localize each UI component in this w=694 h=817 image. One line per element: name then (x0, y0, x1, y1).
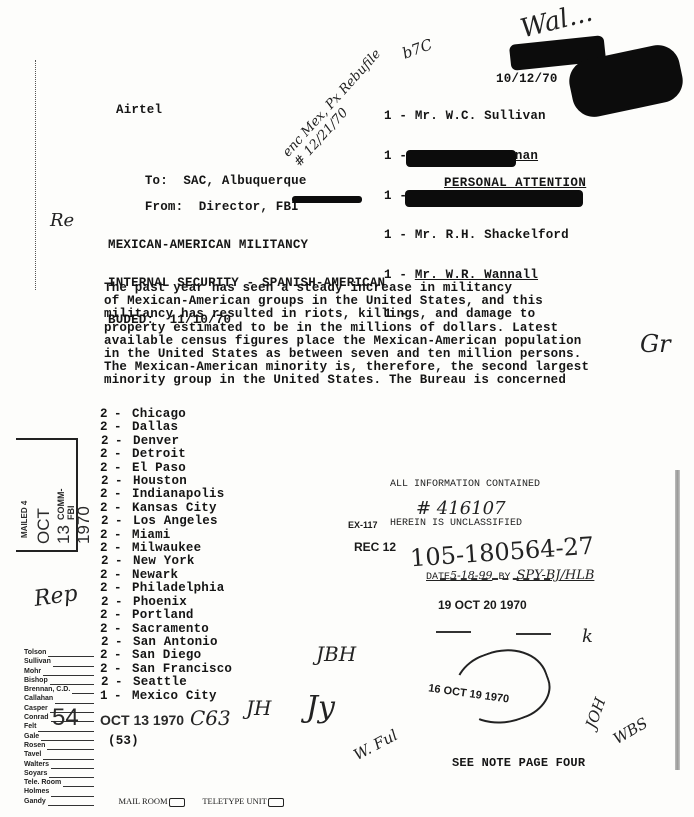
body-line: property estimated to be in the millions… (104, 322, 589, 335)
routing-name: Brennan, C.D. (24, 685, 70, 694)
mailed-stamp: MAILED 4 OCT 13 1970 COMM-FBI (16, 438, 78, 552)
city-count: 2 (100, 408, 114, 421)
routing-name: Felt (24, 722, 36, 731)
city-count: 2 (100, 421, 114, 434)
city-list-item: 2-Milwaukee (100, 542, 232, 555)
teletype-label: TELETYPE UNIT (202, 796, 266, 806)
city-dash: - (115, 676, 133, 689)
page-edge-shadow (675, 470, 680, 770)
routing-item: Gale (24, 732, 94, 741)
routing-name: Tavel (24, 750, 41, 759)
city-list-item: 2-Kansas City (100, 502, 232, 515)
routing-line (47, 743, 94, 750)
redaction-under-attention (405, 190, 583, 207)
see-note: SEE NOTE PAGE FOUR (452, 756, 585, 770)
city-dash: - (115, 636, 133, 649)
city-dash: - (114, 488, 132, 501)
routing-line (63, 780, 94, 787)
handwritten-initials-c: JH (246, 696, 271, 720)
city-name: Detroit (132, 448, 186, 461)
city-count: 2 (101, 596, 115, 609)
city-name: Indianapolis (132, 488, 224, 501)
mail-room-checkbox (169, 798, 185, 807)
city-name: Milwaukee (132, 542, 201, 555)
routing-line (53, 660, 94, 667)
routing-name: Tolson (24, 648, 46, 657)
city-name: San Diego (132, 649, 201, 662)
city-dash: - (115, 435, 133, 448)
body-paragraph: The past year has seen a steady increase… (104, 282, 589, 388)
routing-name: Casper (24, 704, 48, 713)
handwritten-initials-e: JOH (582, 695, 610, 731)
city-count: 1 (100, 690, 114, 703)
handwritten-gr: Gr (640, 330, 671, 358)
city-name: Houston (133, 475, 187, 488)
city-list-item: 1-Mexico City (100, 690, 232, 703)
routing-line (41, 734, 94, 741)
handwritten-margin-note: Re (50, 210, 74, 231)
routing-item: Bishop (24, 676, 94, 685)
city-list-item: 2-Newark (100, 569, 232, 582)
city-name: Sacramento (132, 623, 209, 636)
city-name: Dallas (132, 421, 178, 434)
file-number-underline (440, 578, 550, 580)
routing-item: Brennan, C.D. (24, 685, 94, 694)
city-list-item: 2-Detroit (100, 448, 232, 461)
received-underline (436, 631, 471, 633)
bottom-stamp-sub: (53) (108, 734, 139, 748)
city-name: Philadelphia (132, 582, 224, 595)
signature-loop (445, 636, 559, 738)
document-type: Airtel (116, 103, 162, 117)
bottom-stamp-number: 54 (52, 704, 79, 732)
received-stamp: 19 OCT 20 1970 (438, 598, 527, 612)
city-count: 2 (101, 636, 115, 649)
city-dash: - (115, 475, 133, 488)
city-count: 2 (101, 676, 115, 689)
routing-name: Soyars (24, 769, 47, 778)
declass-line-1: ALL INFORMATION CONTAINED (390, 478, 594, 491)
city-dash: - (114, 421, 132, 434)
city-dash: - (114, 408, 132, 421)
city-name: New York (133, 555, 195, 568)
city-count: 2 (100, 649, 114, 662)
routing-item: Tele. Room (24, 778, 94, 787)
city-list-item: 2-New York (101, 555, 232, 568)
city-list-item: 2-Indianapolis (100, 488, 232, 501)
city-dash: - (115, 555, 133, 568)
redaction-from (292, 196, 362, 203)
routing-item: Soyars (24, 769, 94, 778)
city-dash: - (114, 542, 132, 555)
city-count: 2 (101, 435, 115, 448)
city-dash: - (114, 502, 132, 515)
city-count: 2 (101, 475, 115, 488)
city-dash: - (114, 448, 132, 461)
redaction-distribution (406, 150, 516, 167)
city-distribution-list: 2-Chicago2-Dallas2-Denver2-Detroit2-El P… (100, 408, 232, 703)
routing-name: Gale (24, 732, 39, 741)
city-name: El Paso (132, 462, 186, 475)
city-list-item: 2-El Paso (100, 462, 232, 475)
city-list-item: 2-Denver (101, 435, 232, 448)
city-name: Newark (132, 569, 178, 582)
routing-line (55, 697, 94, 704)
routing-item: Sullivan (24, 657, 94, 666)
received-underline-2 (516, 633, 551, 635)
city-list-item: 2-Dallas (100, 421, 232, 434)
handwritten-initials-a: JBH (316, 642, 356, 666)
routing-name: Conrad (24, 713, 49, 722)
city-name: San Antonio (133, 636, 218, 649)
distribution-item: 1 - Mr. W.C. Sullivan (384, 110, 569, 123)
routing-line (72, 687, 94, 694)
city-name: San Francisco (132, 663, 232, 676)
city-count: 2 (100, 663, 114, 676)
mailed-stamp-top: MAILED 4 (20, 501, 29, 538)
handwritten-b7c: b7C (400, 35, 435, 62)
city-list-item: 2-Houston (101, 475, 232, 488)
handwritten-rep: Rep (32, 581, 79, 612)
routing-name: Bishop (24, 676, 48, 685)
city-count: 2 (100, 569, 114, 582)
routing-line (43, 669, 94, 676)
routing-name: Holmes (24, 787, 49, 796)
routing-line (51, 762, 94, 769)
routing-item: Callahan (24, 694, 94, 703)
teletype-checkbox (268, 798, 284, 807)
city-list-item: 2-San Antonio (101, 636, 232, 649)
city-dash: - (114, 690, 132, 703)
routing-name: Callahan (24, 694, 53, 703)
city-name: Phoenix (133, 596, 187, 609)
city-list-item: 2-Chicago (100, 408, 232, 421)
body-line: militancy has resulted in riots, killing… (104, 308, 589, 321)
routing-item: Rosen (24, 741, 94, 750)
bottom-stamp-date: OCT 13 1970 (100, 712, 184, 728)
routing-name: Sullivan (24, 657, 51, 666)
city-name: Portland (132, 609, 194, 622)
routing-item: Holmes (24, 787, 94, 796)
ex-stamp: EX-117 (348, 520, 378, 530)
city-list-item: 2-Miami (100, 529, 232, 542)
mail-room-label: MAIL ROOM (119, 796, 168, 806)
mailed-stamp-side: COMM-FBI (56, 489, 76, 521)
left-margin-marks (35, 60, 38, 290)
city-list-item: 2-Phoenix (101, 596, 232, 609)
routing-line (51, 790, 94, 797)
city-dash: - (114, 609, 132, 622)
city-count: 2 (100, 462, 114, 475)
mail-room-field: MAIL ROOM (110, 786, 185, 817)
city-dash: - (114, 462, 132, 475)
routing-item: Tolson (24, 648, 94, 657)
city-list-item: 2-Los Angeles (101, 515, 232, 528)
city-count: 2 (101, 515, 115, 528)
distribution-item: 1 - Mr. R.H. Shackelford (384, 229, 569, 242)
routing-name: Tele. Room (24, 778, 61, 787)
city-name: Chicago (132, 408, 186, 421)
routing-line (43, 753, 94, 760)
routing-name: Rosen (24, 741, 45, 750)
city-list-item: 2-Sacramento (100, 623, 232, 636)
city-list-item: 2-San Francisco (100, 663, 232, 676)
city-list-item: 2-Portland (100, 609, 232, 622)
city-count: 2 (100, 448, 114, 461)
city-name: Seattle (133, 676, 187, 689)
city-dash: - (115, 596, 133, 609)
routing-name: Mohr (24, 667, 41, 676)
handwritten-initials-f: W. Ful (351, 726, 401, 764)
teletype-field: TELETYPE UNIT (194, 786, 284, 817)
routing-item: Tavel (24, 750, 94, 759)
city-name: Kansas City (132, 502, 217, 515)
city-count: 2 (100, 582, 114, 595)
city-dash: - (114, 569, 132, 582)
routing-item: Mohr (24, 667, 94, 676)
routing-name: Gandy (24, 797, 46, 806)
city-dash: - (114, 623, 132, 636)
routing-line (48, 799, 94, 806)
routing-line (49, 771, 94, 778)
personal-attention: PERSONAL ATTENTION (444, 176, 586, 190)
city-count: 2 (100, 623, 114, 636)
handwritten-initials-d: WBS (610, 714, 651, 748)
handwritten-signature-lower: Jy (306, 690, 335, 725)
city-list-item: 2-San Diego (100, 649, 232, 662)
city-count: 2 (100, 529, 114, 542)
routing-line (48, 650, 94, 657)
document-page: b7C Wal... 10/12/70 1 - Mr. W.C. Sulliva… (0, 0, 694, 817)
city-count: 2 (101, 555, 115, 568)
city-list-item: 2-Seattle (101, 676, 232, 689)
city-dash: - (114, 582, 132, 595)
declass-number: # 416107 (416, 498, 506, 519)
city-dash: - (114, 649, 132, 662)
city-name: Los Angeles (133, 515, 218, 528)
city-dash: - (114, 663, 132, 676)
city-name: Mexico City (132, 690, 217, 703)
city-count: 2 (100, 542, 114, 555)
city-count: 2 (100, 488, 114, 501)
city-name: Denver (133, 435, 179, 448)
body-line: minority group in the United States. The… (104, 374, 589, 387)
rec-stamp: REC 12 (354, 540, 396, 554)
city-count: 2 (100, 502, 114, 515)
routing-item: Walters (24, 760, 94, 769)
handwritten-initials-b: C63 (190, 706, 231, 730)
routing-name: Walters (24, 760, 49, 769)
subject-line: MEXICAN-AMERICAN MILITANCY (108, 239, 385, 252)
city-dash: - (115, 515, 133, 528)
handwritten-k: k (582, 626, 593, 647)
city-dash: - (114, 529, 132, 542)
routing-item: Gandy (24, 797, 94, 806)
routing-line (50, 678, 94, 685)
city-name: Miami (132, 529, 171, 542)
city-list-item: 2-Philadelphia (100, 582, 232, 595)
city-count: 2 (100, 609, 114, 622)
